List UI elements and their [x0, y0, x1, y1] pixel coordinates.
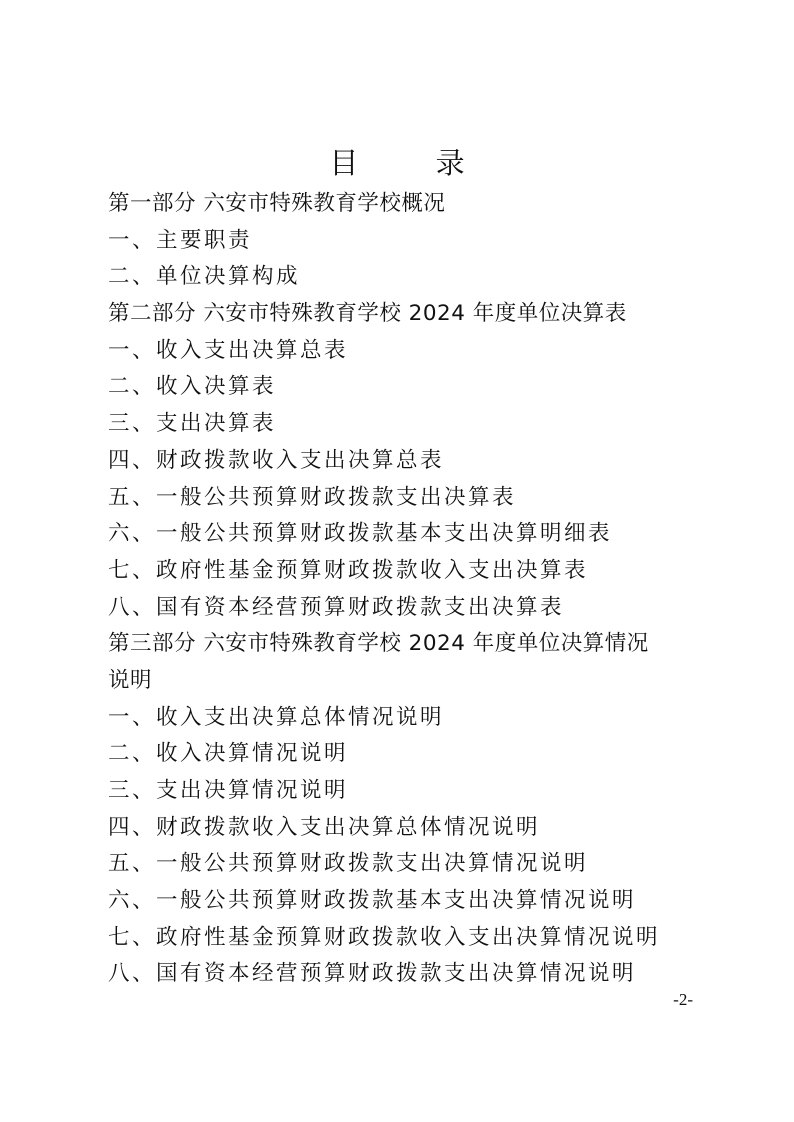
document-page: 目 录 第一部分 六安市特殊教育学校概况 一、主要职责 二、单位决算构成 第二部…	[0, 0, 794, 1122]
toc-item: 三、支出决算表	[108, 406, 698, 443]
toc-item: 二、单位决算构成	[108, 259, 698, 296]
toc-item: 一、收入支出决算总表	[108, 333, 698, 370]
table-of-contents: 第一部分 六安市特殊教育学校概况 一、主要职责 二、单位决算构成 第二部分 六安…	[108, 186, 698, 993]
toc-item: 六、一般公共预算财政拨款基本支出决算明细表	[108, 516, 698, 553]
toc-item: 七、政府性基金预算财政拨款收入支出决算情况说明	[108, 920, 698, 957]
toc-item: 二、收入决算表	[108, 369, 698, 406]
page-number: -2-	[673, 990, 693, 1010]
toc-part-3: 第三部分 六安市特殊教育学校 2024 年度单位决算情况	[108, 626, 698, 663]
toc-item: 一、收入支出决算总体情况说明	[108, 700, 698, 737]
toc-item: 四、财政拨款收入支出决算总体情况说明	[108, 810, 698, 847]
toc-part-1: 第一部分 六安市特殊教育学校概况	[108, 186, 698, 223]
toc-item: 六、一般公共预算财政拨款基本支出决算情况说明	[108, 883, 698, 920]
toc-part-2: 第二部分 六安市特殊教育学校 2024 年度单位决算表	[108, 296, 698, 333]
toc-item: 五、一般公共预算财政拨款支出决算情况说明	[108, 846, 698, 883]
toc-item: 二、收入决算情况说明	[108, 736, 698, 773]
toc-item: 七、政府性基金预算财政拨款收入支出决算表	[108, 553, 698, 590]
toc-item: 一、主要职责	[108, 223, 698, 260]
toc-item: 四、财政拨款收入支出决算总表	[108, 443, 698, 480]
toc-item: 八、国有资本经营预算财政拨款支出决算表	[108, 590, 698, 627]
toc-item: 八、国有资本经营预算财政拨款支出决算情况说明	[108, 956, 698, 993]
toc-part-3-continued: 说明	[108, 663, 698, 700]
page-title: 目 录	[0, 143, 794, 183]
toc-item: 三、支出决算情况说明	[108, 773, 698, 810]
toc-item: 五、一般公共预算财政拨款支出决算表	[108, 480, 698, 517]
